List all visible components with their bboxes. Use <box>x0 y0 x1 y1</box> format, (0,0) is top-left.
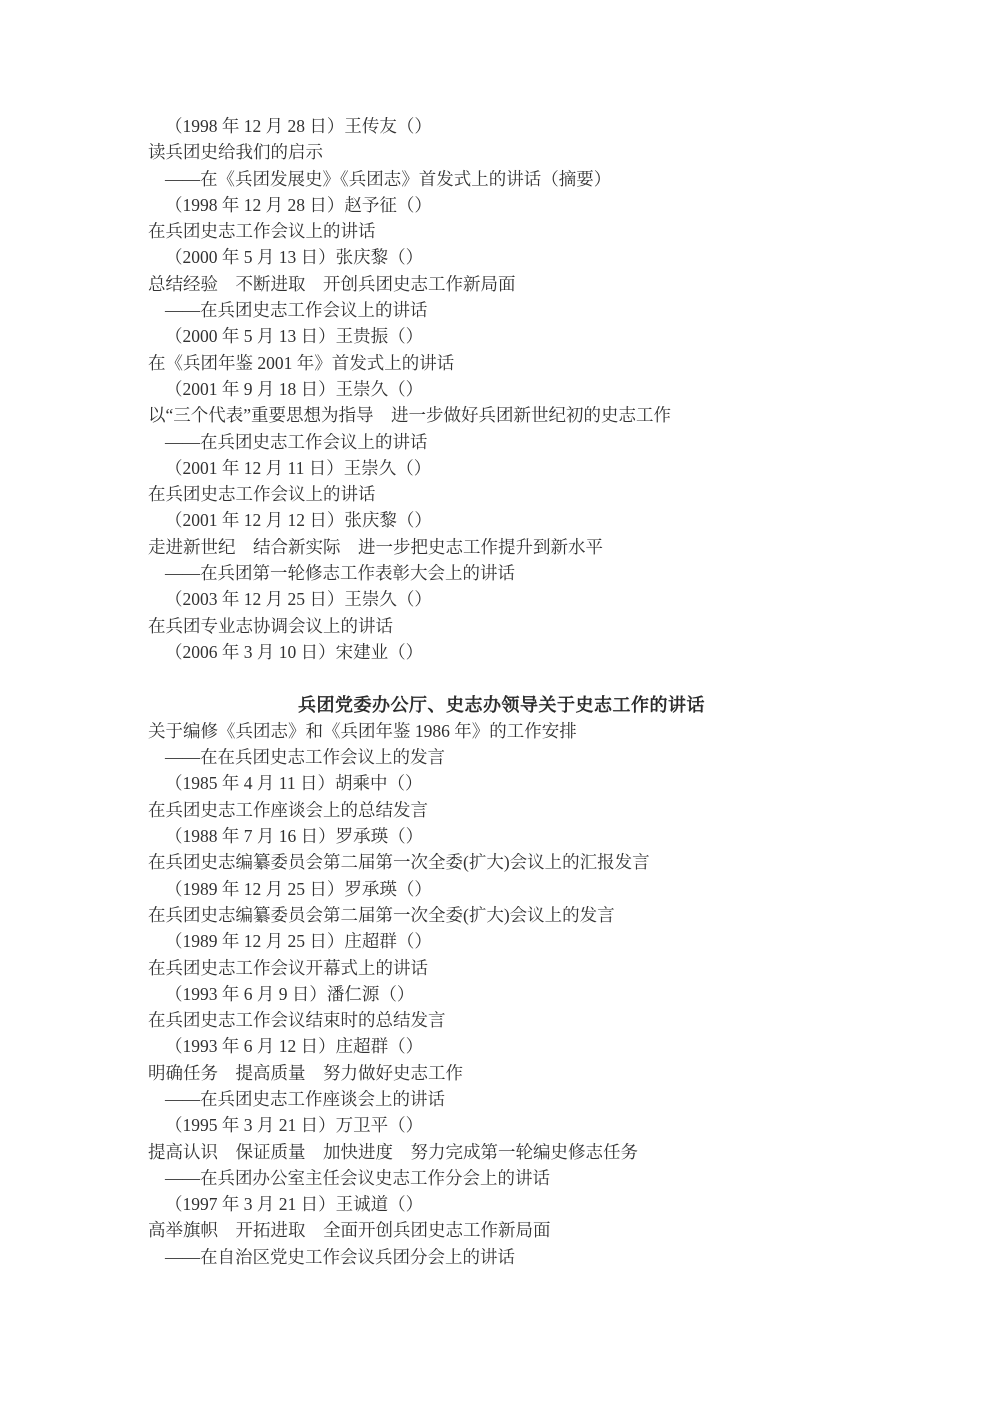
toc-entry: 在兵团史志编纂委员会第二届第一次全委(扩大)会议上的汇报发言 <box>148 849 855 875</box>
toc-entry: （1989 年 12 月 25 日）庄超群（） <box>148 928 855 954</box>
toc-entry: 在兵团史志工作座谈会上的总结发言 <box>148 797 855 823</box>
toc-entry: （2001 年 12 月 11 日）王崇久（） <box>148 455 855 481</box>
toc-entry: （2001 年 9 月 18 日）王崇久（） <box>148 376 855 402</box>
toc-entry: ——在在兵团史志工作会议上的发言 <box>148 744 855 770</box>
toc-entry: 在兵团史志工作会议上的讲话 <box>148 218 855 244</box>
toc-entry-list: （1998 年 12 月 28 日）王传友（）读兵团史给我们的启示——在《兵团发… <box>148 113 855 665</box>
toc-entry: 提高认识 保证质量 加快进度 努力完成第一轮编史修志任务 <box>148 1139 855 1165</box>
toc-entry: 在兵团专业志协调会议上的讲话 <box>148 613 855 639</box>
toc-entry: （1985 年 4 月 11 日）胡乘中（） <box>148 770 855 796</box>
section-heading: 兵团党委办公厅、史志办领导关于史志工作的讲话 <box>148 692 855 718</box>
toc-entry: 以“三个代表”重要思想为指导 进一步做好兵团新世纪初的史志工作 <box>148 402 855 428</box>
toc-entry: （1995 年 3 月 21 日）万卫平（） <box>148 1112 855 1138</box>
toc-section-leaders-speeches: （1998 年 12 月 28 日）王传友（）读兵团史给我们的启示——在《兵团发… <box>148 113 855 665</box>
toc-entry: （1997 年 3 月 21 日）王诚道（） <box>148 1191 855 1217</box>
toc-entry: （2003 年 12 月 25 日）王崇久（） <box>148 586 855 612</box>
toc-entry: 在兵团史志编纂委员会第二届第一次全委(扩大)会议上的发言 <box>148 902 855 928</box>
toc-entry: ——在兵团史志工作会议上的讲话 <box>148 297 855 323</box>
toc-entry: （2001 年 12 月 12 日）张庆黎（） <box>148 507 855 533</box>
toc-entry: ——在自治区党史工作会议兵团分会上的讲话 <box>148 1244 855 1270</box>
toc-entry-list: 关于编修《兵团志》和《兵团年鉴 1986 年》的工作安排——在在兵团史志工作会议… <box>148 718 855 1270</box>
toc-entry: 总结经验 不断进取 开创兵团史志工作新局面 <box>148 271 855 297</box>
toc-entry: 高举旗帜 开拓进取 全面开创兵团史志工作新局面 <box>148 1217 855 1243</box>
section-gap <box>148 665 855 691</box>
toc-entry: （1988 年 7 月 16 日）罗承瑛（） <box>148 823 855 849</box>
toc-section-office-speeches: 关于编修《兵团志》和《兵团年鉴 1986 年》的工作安排——在在兵团史志工作会议… <box>148 718 855 1270</box>
toc-entry: 在兵团史志工作会议开幕式上的讲话 <box>148 955 855 981</box>
toc-entry: ——在《兵团发展史》《兵团志》首发式上的讲话（摘要） <box>148 166 855 192</box>
toc-entry: （2000 年 5 月 13 日）王贵振（） <box>148 323 855 349</box>
toc-entry: 读兵团史给我们的启示 <box>148 139 855 165</box>
toc-entry: ——在兵团史志工作会议上的讲话 <box>148 429 855 455</box>
toc-entry: （2000 年 5 月 13 日）张庆黎（） <box>148 244 855 270</box>
toc-entry: 在兵团史志工作会议上的讲话 <box>148 481 855 507</box>
toc-entry: ——在兵团史志工作座谈会上的讲话 <box>148 1086 855 1112</box>
toc-entry: ——在兵团第一轮修志工作表彰大会上的讲话 <box>148 560 855 586</box>
toc-entry: 在《兵团年鉴 2001 年》首发式上的讲话 <box>148 350 855 376</box>
toc-entry: （1998 年 12 月 28 日）赵予征（） <box>148 192 855 218</box>
toc-entry: 走进新世纪 结合新实际 进一步把史志工作提升到新水平 <box>148 534 855 560</box>
toc-entry: （2006 年 3 月 10 日）宋建业（） <box>148 639 855 665</box>
toc-entry: （1993 年 6 月 12 日）庄超群（） <box>148 1033 855 1059</box>
toc-entry: （1998 年 12 月 28 日）王传友（） <box>148 113 855 139</box>
toc-entry: 关于编修《兵团志》和《兵团年鉴 1986 年》的工作安排 <box>148 718 855 744</box>
toc-entry: 明确任务 提高质量 努力做好史志工作 <box>148 1060 855 1086</box>
toc-entry: ——在兵团办公室主任会议史志工作分会上的讲话 <box>148 1165 855 1191</box>
document-page: （1998 年 12 月 28 日）王传友（）读兵团史给我们的启示——在《兵团发… <box>0 0 1000 1413</box>
toc-entry: （1989 年 12 月 25 日）罗承瑛（） <box>148 876 855 902</box>
toc-entry: （1993 年 6 月 9 日）潘仁源（） <box>148 981 855 1007</box>
toc-entry: 在兵团史志工作会议结束时的总结发言 <box>148 1007 855 1033</box>
